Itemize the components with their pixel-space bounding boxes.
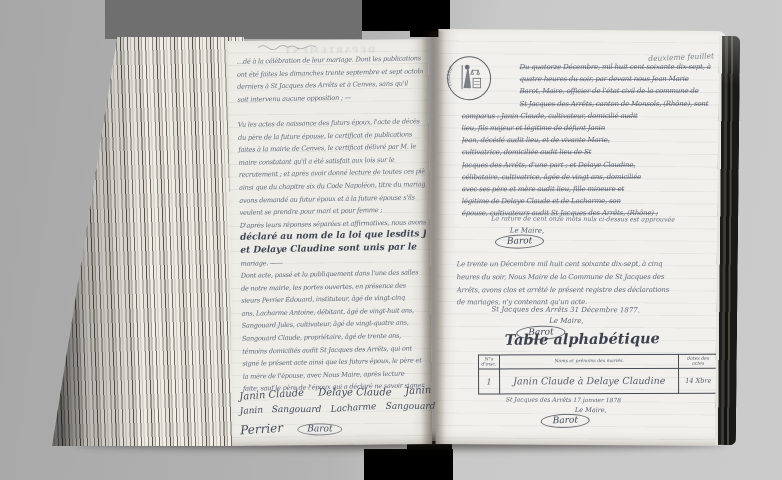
signature: Janin [239, 406, 263, 417]
mayor-signature: Barot [297, 423, 342, 435]
struck-line: lieu, fils majeur et légitime de défunt … [462, 122, 718, 135]
signature: Sangouard [386, 402, 436, 412]
signature: Sangouard [272, 405, 322, 415]
scanned-register-photo: DÉPARTEMENT …dé à la célébration de leur… [0, 0, 782, 480]
table-row: 1 Janin Claude à Delaye Claudine 14 Xbre [479, 368, 718, 394]
closing-line: heures du soir, Nous Maire de la Commune… [457, 271, 719, 284]
struck-line: quatre heures du soir, par devant nous J… [462, 73, 718, 86]
signature: Perrier [240, 421, 284, 438]
closing-line: Le trente un Décembre mil huit cent soix… [457, 258, 719, 271]
mayor-signature: Barot [495, 234, 545, 249]
struck-line: St Jacques des Arrêts, canton de Monsols… [462, 97, 718, 110]
struck-line: Du quatorze Décembre, mil huit cent soix… [462, 61, 718, 74]
left-page: DÉPARTEMENT …dé à la célébration de leur… [228, 39, 432, 446]
struck-line: Barot, Maire, officier de l'état civil d… [462, 85, 718, 98]
cell-number: 1 [479, 369, 500, 394]
struck-line: Jacques des Arrêts, d'une part ; et Dela… [462, 158, 718, 171]
place-date: St Jacques des Arrêts 31 Décembre 1877. [491, 305, 640, 314]
struck-out-act-text: Du quatorze Décembre, mil huit cent soix… [462, 61, 718, 221]
table-header-row: N°s d'insc. Noms et prénoms des mariés. … [478, 354, 717, 369]
struck-line: célibataire, cultivatrice, âgée de vingt… [462, 171, 718, 184]
signature: Janin [405, 385, 432, 398]
table-heading: Table alphabétique [476, 330, 688, 349]
book-cover-edge [715, 36, 740, 445]
signature: Delaye Claude [318, 387, 391, 398]
struck-line: comparus : Janin Claude, cultivateur, do… [462, 110, 718, 123]
closing-line: Arrêts, avons clos et arrêté le présent … [457, 283, 719, 296]
signature: Lacharme [331, 402, 377, 415]
col-header-number: N°s d'insc. [478, 355, 499, 369]
background-dark-band [105, 0, 362, 39]
col-header-dates: dates des actes [679, 354, 718, 368]
page-edge-stack [52, 37, 244, 446]
register-closing-text: Le trente un Décembre mil huit cent soix… [457, 258, 719, 311]
signatures-block: Janin ClaudeDelaye ClaudeJanin JaninSang… [239, 385, 430, 438]
cell-names: Janin Claude à Delaye Claudine [499, 368, 679, 394]
signature: Janin Claude [239, 388, 304, 403]
mayor-signature: Barot [541, 413, 591, 428]
marriage-act-text: …dé à la célébration de leur mariage. Do… [237, 52, 429, 396]
struck-line: avec ses père et mère audit lieu, fille … [462, 183, 718, 196]
place-date: St Jacques des Arrêts 17 janvier 1878 [506, 396, 621, 404]
mayor-title: Le Maire, [506, 316, 626, 325]
col-header-names: Noms et prénoms des mariés. [499, 354, 679, 369]
right-page: deuxieme feuillet TIMBRE Du quatorze Déc… [436, 29, 727, 446]
alphabetical-table: N°s d'insc. Noms et prénoms des mariés. … [478, 354, 718, 395]
mayor-title: Le Maire, [531, 406, 651, 415]
struck-line: cultivatrice, domiciliée audit lieu de S… [462, 146, 718, 159]
struck-line: légitime de Delaye Claude et de Lacharme… [462, 195, 718, 208]
struck-line: Jean, décédé audit lieu, et de vivante M… [462, 134, 718, 147]
approval-note: La rature de cent onze mots nuls ci-dess… [467, 215, 699, 224]
cell-date: 14 Xbre [679, 368, 718, 393]
